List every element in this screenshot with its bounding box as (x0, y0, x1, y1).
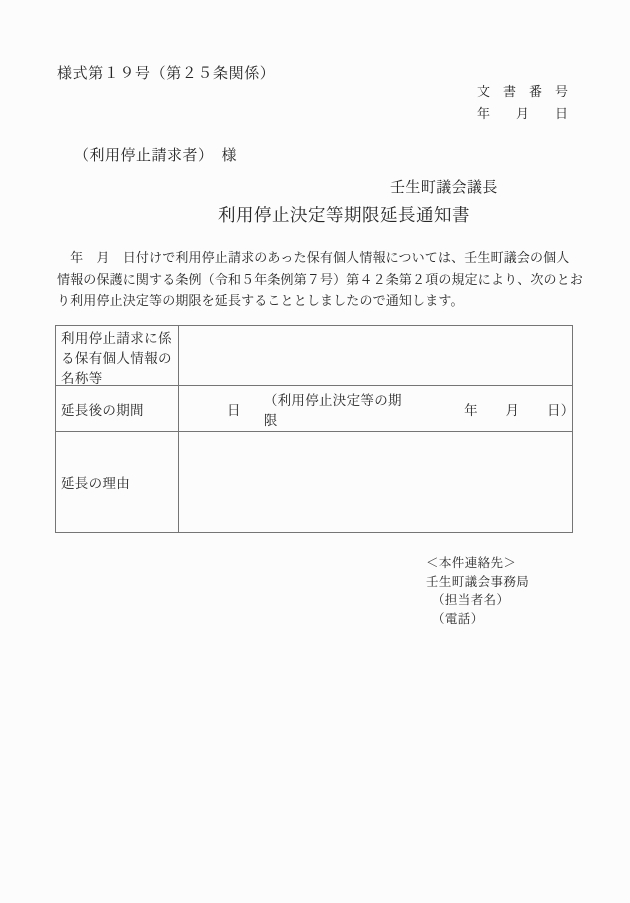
table-value-extension-reason (179, 432, 572, 532)
table-label-personal-info-name: 利用停止請求に係る保有個人情報の名称等 (56, 326, 179, 386)
period-limit-label: （利用停止決定等の期限 (264, 389, 412, 429)
document-page: 様式第１９号（第２５条関係） 文 書 番 号 年 月 日 （利用停止請求者） 様… (0, 0, 630, 903)
period-date-blank: 年 月 日） (464, 399, 572, 419)
contact-block: ＜本件連絡先＞ 壬生町議会事務局 （担当者名） （電話） (426, 554, 529, 628)
contact-phone: （電話） (426, 610, 529, 629)
body-line-1: 年 月 日付けで利用停止請求のあった保有個人情報については、壬生町議会の個人 (57, 247, 583, 269)
document-title: 利用停止決定等期限延長通知書 (58, 202, 630, 227)
table-value-personal-info-name (179, 326, 572, 386)
period-day-suffix: 日 (227, 399, 241, 419)
extension-info-table: 利用停止請求に係る保有個人情報の名称等 延長後の期間 日 （利用停止決定等の期限… (55, 325, 573, 533)
sender-line: 壬生町議会議長 (390, 176, 498, 197)
doc-date-line: 年 月 日 (477, 103, 568, 125)
body-line-2: 情報の保護に関する条例（令和５年条例第７号）第４２条第２項の規定により、次のとお (57, 269, 583, 291)
body-paragraph: 年 月 日付けで利用停止請求のあった保有個人情報については、壬生町議会の個人 情… (57, 247, 583, 312)
doc-meta-block: 文 書 番 号 年 月 日 (477, 81, 568, 125)
contact-header: ＜本件連絡先＞ (426, 554, 529, 573)
body-line-3: り利用停止決定等の期限を延長することとしましたので通知します。 (57, 290, 583, 312)
addressee-line: （利用停止請求者） 様 (74, 144, 237, 165)
table-label-extended-period: 延長後の期間 (56, 386, 179, 432)
doc-number-line: 文 書 番 号 (477, 81, 568, 103)
contact-person: （担当者名） (426, 591, 529, 610)
contact-office: 壬生町議会事務局 (426, 573, 529, 592)
table-label-extension-reason: 延長の理由 (56, 432, 179, 532)
form-number: 様式第１９号（第２５条関係） (57, 62, 275, 83)
table-value-extended-period: 日 （利用停止決定等の期限 年 月 日） (179, 386, 572, 432)
